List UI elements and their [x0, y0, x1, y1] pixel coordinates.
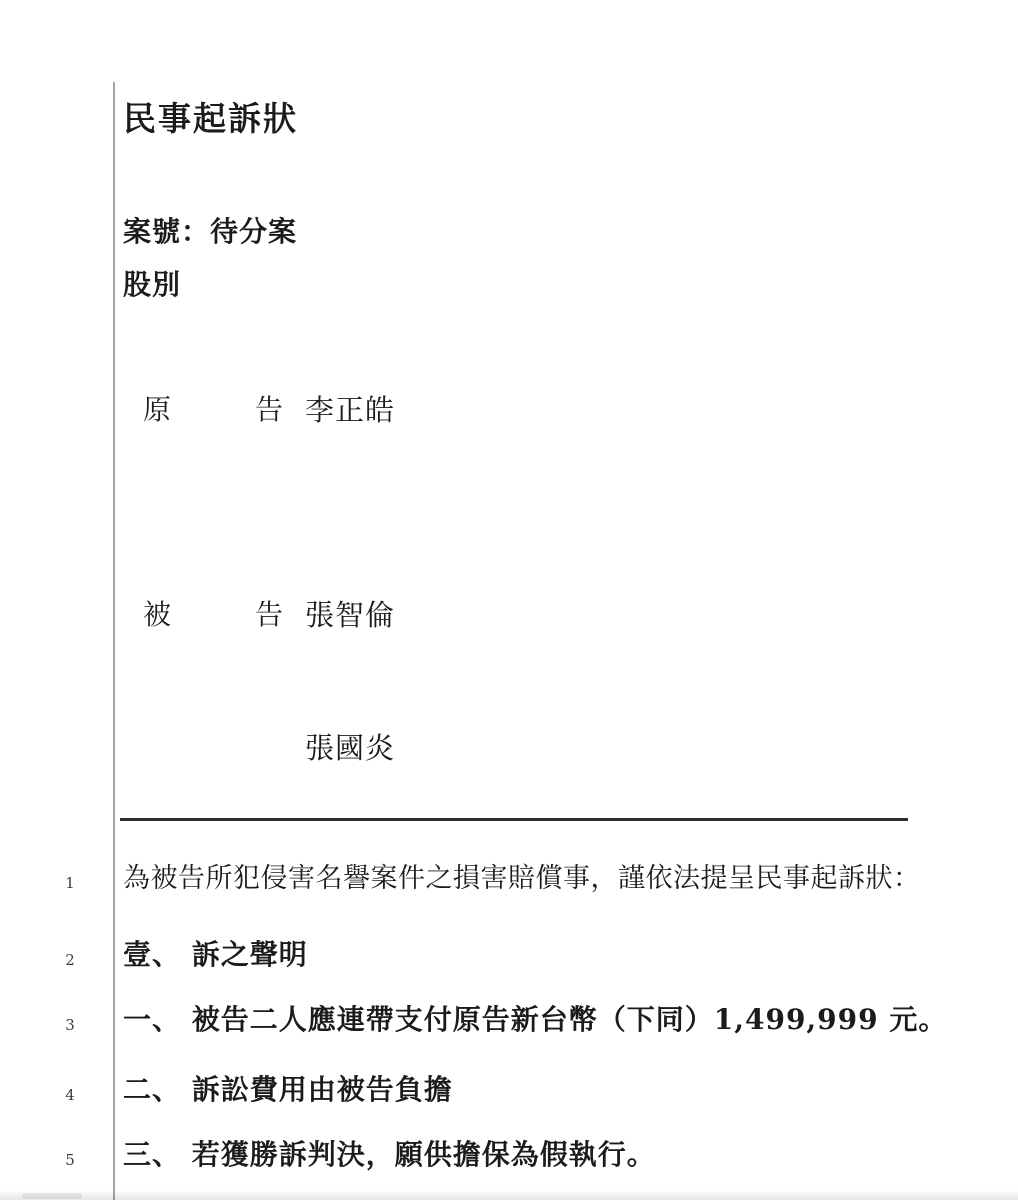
section-separator-rule: [120, 818, 908, 821]
line-number: 3: [58, 1016, 82, 1034]
party-role-end: 告: [255, 593, 283, 633]
body-line-1: 1 為被告所犯侵害名譽案件之損害賠償事，謹依法提呈民事起訴狀：: [0, 856, 1018, 898]
party-name: 張國炎: [305, 726, 395, 767]
line-text: 壹、 訴之聲明: [123, 933, 308, 973]
party-name: 李正皓: [305, 388, 395, 429]
line-number: 4: [58, 1086, 82, 1104]
line-text: 為被告所犯侵害名譽案件之損害賠償事，謹依法提呈民事起訴狀：: [123, 856, 921, 895]
party-role-end: 告: [255, 388, 283, 428]
scan-bottom-shadow: [0, 1190, 1018, 1200]
line-text: 二、 訴訟費用由被告負擔: [123, 1068, 453, 1108]
party-role-start: 原: [143, 388, 171, 428]
body-line-5: 5 三、 若獲勝訴判決，願供擔保為假執行。: [0, 1133, 1018, 1175]
scanned-legal-document-page: 民事起訴狀 案號：待分案 股別 原 告 李正皓 被 告 張智倫 張國炎 1 為被…: [0, 0, 1018, 1200]
line-text: 一、 被告二人應連帶支付原告新台幣（下同）1,499,999 元。: [123, 998, 947, 1038]
line-number: 2: [58, 951, 82, 969]
party-role-start: 被: [143, 593, 171, 633]
body-line-2: 2 壹、 訴之聲明: [0, 933, 1018, 975]
line-number: 1: [58, 874, 82, 892]
line-number: 5: [58, 1151, 82, 1169]
party-name: 張智倫: [305, 593, 395, 634]
party-row-defendant-2: 張國炎: [0, 726, 1018, 762]
body-line-3: 3 一、 被告二人應連帶支付原告新台幣（下同）1,499,999 元。: [0, 998, 1018, 1040]
case-number: 案號：待分案: [123, 210, 297, 250]
scan-smudge: [22, 1193, 82, 1199]
document-title: 民事起訴狀: [123, 99, 298, 139]
party-row-plaintiff: 原 告 李正皓: [0, 388, 1018, 424]
party-row-defendant-1: 被 告 張智倫: [0, 593, 1018, 629]
line-text: 三、 若獲勝訴判決，願供擔保為假執行。: [123, 1133, 656, 1173]
division-label: 股別: [123, 263, 181, 303]
body-line-4: 4 二、 訴訟費用由被告負擔: [0, 1068, 1018, 1110]
